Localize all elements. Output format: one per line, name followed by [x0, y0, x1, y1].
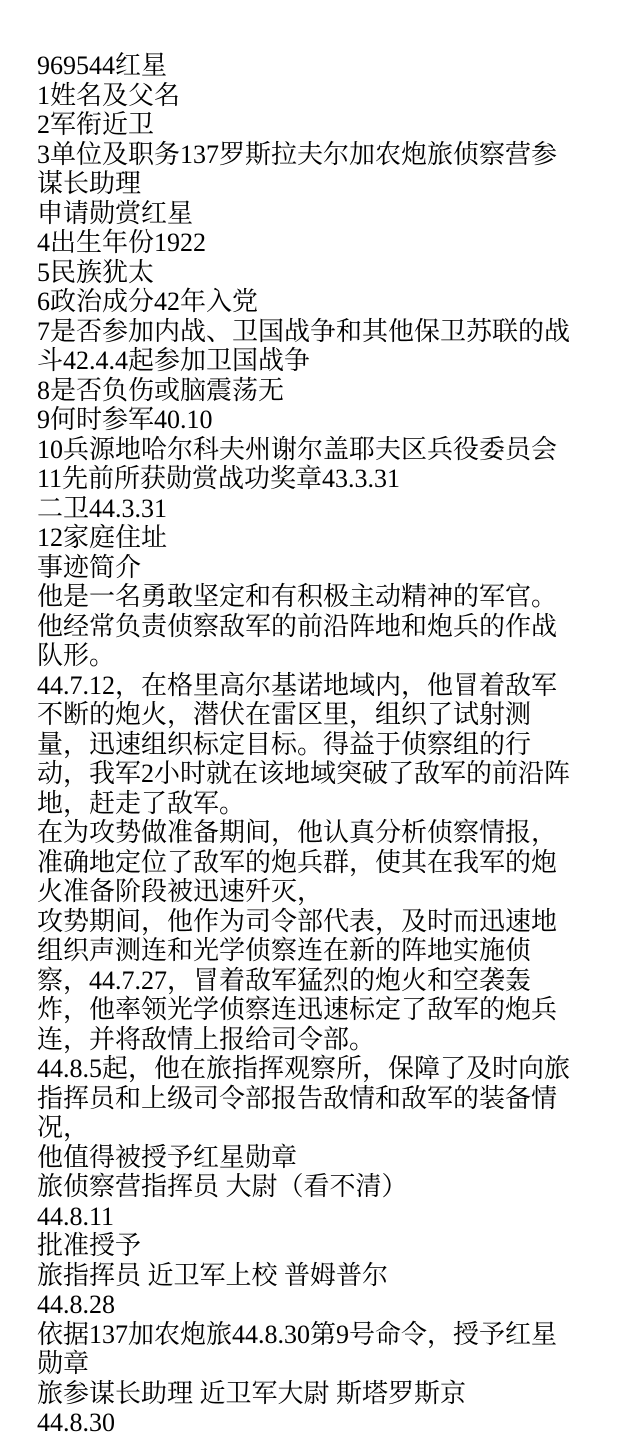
- text-line: 12家庭住址: [37, 523, 597, 553]
- text-line: 他经常负责侦察敌军的前沿阵地和炮兵的作战: [37, 612, 597, 642]
- text-line: 5民族犹太: [37, 258, 597, 288]
- text-line: 969544红星: [37, 51, 597, 81]
- text-line: 依据137加农炮旅44.8.30第9号命令，授予红星: [37, 1320, 597, 1350]
- text-line: 10兵源地哈尔科夫州谢尔盖耶夫区兵役委员会: [37, 435, 597, 465]
- text-line: 1姓名及父名: [37, 81, 597, 111]
- text-line: 7是否参加内战、卫国战争和其他保卫苏联的战: [37, 317, 597, 347]
- text-line: 2军衔近卫: [37, 110, 597, 140]
- text-line: 3单位及职务137罗斯拉夫尔加农炮旅侦察营参: [37, 140, 597, 170]
- text-line: 9何时参军40.10: [37, 405, 597, 435]
- document-page: 969544红星1姓名及父名2军衔近卫3单位及职务137罗斯拉夫尔加农炮旅侦察营…: [0, 0, 625, 1440]
- text-line: 44.8.30: [37, 1408, 597, 1438]
- text-line: 44.8.28: [37, 1290, 597, 1320]
- text-line: 批准授予: [37, 1231, 597, 1261]
- text-line: 火准备阶段被迅速歼灭，: [37, 877, 597, 907]
- text-line: 旅参谋长助理 近卫军大尉 斯塔罗斯京: [37, 1379, 597, 1409]
- text-line: 勋章: [37, 1349, 597, 1379]
- text-line: 11先前所获勋赏战功奖章43.3.31: [37, 464, 597, 494]
- text-line: 旅指挥员 近卫军上校 普姆普尔: [37, 1261, 597, 1291]
- text-line: 斗42.4.4起参加卫国战争: [37, 346, 597, 376]
- text-line: 事迹简介: [37, 553, 597, 583]
- text-line: 申请勋赏红星: [37, 199, 597, 229]
- text-line: 44.8.11: [37, 1202, 597, 1232]
- text-line: 6政治成分42年入党: [37, 287, 597, 317]
- text-line: 组织声测连和光学侦察连在新的阵地实施侦: [37, 936, 597, 966]
- text-line: 在为攻势做准备期间，他认真分析侦察情报，: [37, 818, 597, 848]
- text-line: 地，赶走了敌军。: [37, 789, 597, 819]
- text-line: 况，: [37, 1113, 597, 1143]
- text-line: 不断的炮火，潜伏在雷区里，组织了试射测: [37, 700, 597, 730]
- text-line: 动，我军2小时就在该地域突破了敌军的前沿阵: [37, 759, 597, 789]
- text-line: 量，迅速组织标定目标。得益于侦察组的行: [37, 730, 597, 760]
- text-line: 二卫44.3.31: [37, 494, 597, 524]
- text-line: 察，44.7.27，冒着敌军猛烈的炮火和空袭轰: [37, 966, 597, 996]
- text-line: 谋长助理: [37, 169, 597, 199]
- document-text: 969544红星1姓名及父名2军衔近卫3单位及职务137罗斯拉夫尔加农炮旅侦察营…: [37, 51, 597, 1438]
- text-line: 指挥员和上级司令部报告敌情和敌军的装备情: [37, 1084, 597, 1114]
- text-line: 4出生年份1922: [37, 228, 597, 258]
- text-line: 44.7.12，在格里高尔基诺地域内，他冒着敌军: [37, 671, 597, 701]
- text-line: 8是否负伤或脑震荡无: [37, 376, 597, 406]
- text-line: 炸，他率领光学侦察连迅速标定了敌军的炮兵: [37, 995, 597, 1025]
- text-line: 他值得被授予红星勋章: [37, 1143, 597, 1173]
- text-line: 攻势期间，他作为司令部代表，及时而迅速地: [37, 907, 597, 937]
- text-line: 准确地定位了敌军的炮兵群，使其在我军的炮: [37, 848, 597, 878]
- text-line: 连，并将敌情上报给司令部。: [37, 1025, 597, 1055]
- text-line: 旅侦察营指挥员 大尉（看不清）: [37, 1172, 597, 1202]
- text-line: 44.8.5起，他在旅指挥观察所，保障了及时向旅: [37, 1054, 597, 1084]
- text-line: 他是一名勇敢坚定和有积极主动精神的军官。: [37, 582, 597, 612]
- text-line: 队形。: [37, 641, 597, 671]
